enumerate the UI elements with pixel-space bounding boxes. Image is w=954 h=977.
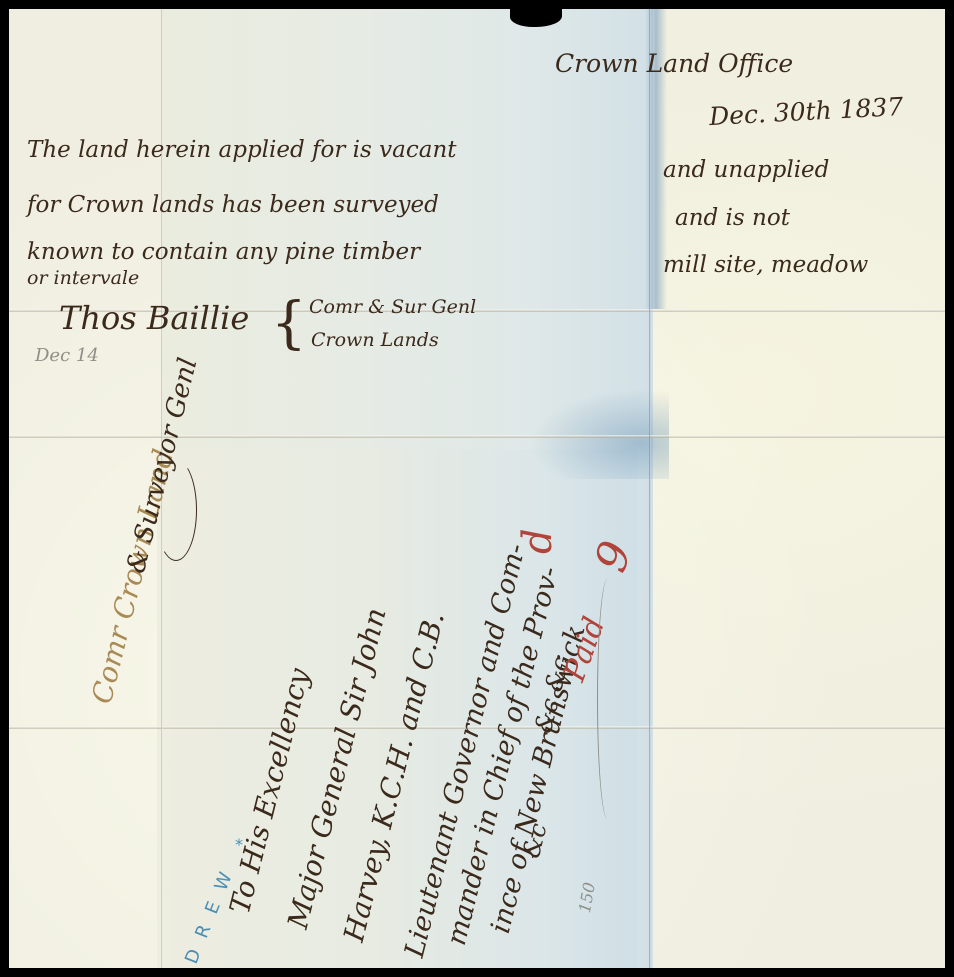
body-line: or intervale xyxy=(27,267,139,289)
pencil-flourish xyxy=(597,579,618,819)
body-line: The land herein applied for is vacant xyxy=(27,137,457,163)
signature-title: Comr & Sur Genl xyxy=(309,296,476,318)
margin-note: Dec 14 xyxy=(35,345,99,366)
office-heading: Crown Land Office xyxy=(555,49,793,78)
docket-bracket xyxy=(155,459,197,561)
blue-stain xyxy=(529,389,669,479)
letter-date: Dec. 30th 1837 xyxy=(708,92,904,131)
body-line: known to contain any pine timber xyxy=(27,239,420,265)
body-line-right: and is not xyxy=(675,205,790,231)
body-line-right: mill site, meadow xyxy=(663,252,868,278)
letter-sheet: Crown Land Office Dec. 30th 1837 The lan… xyxy=(9,9,945,969)
fold-line xyxy=(9,435,945,438)
fold-line xyxy=(649,9,651,969)
body-line: for Crown lands has been surveyed xyxy=(27,192,439,218)
body-line-right: and unapplied xyxy=(663,157,829,183)
signature-name: Thos Baillie xyxy=(59,299,249,337)
postmark-star: * xyxy=(235,835,247,854)
red-rate-mark: d xyxy=(515,528,561,554)
signature-title: Crown Lands xyxy=(311,329,439,351)
signature-brace: { xyxy=(271,291,307,356)
